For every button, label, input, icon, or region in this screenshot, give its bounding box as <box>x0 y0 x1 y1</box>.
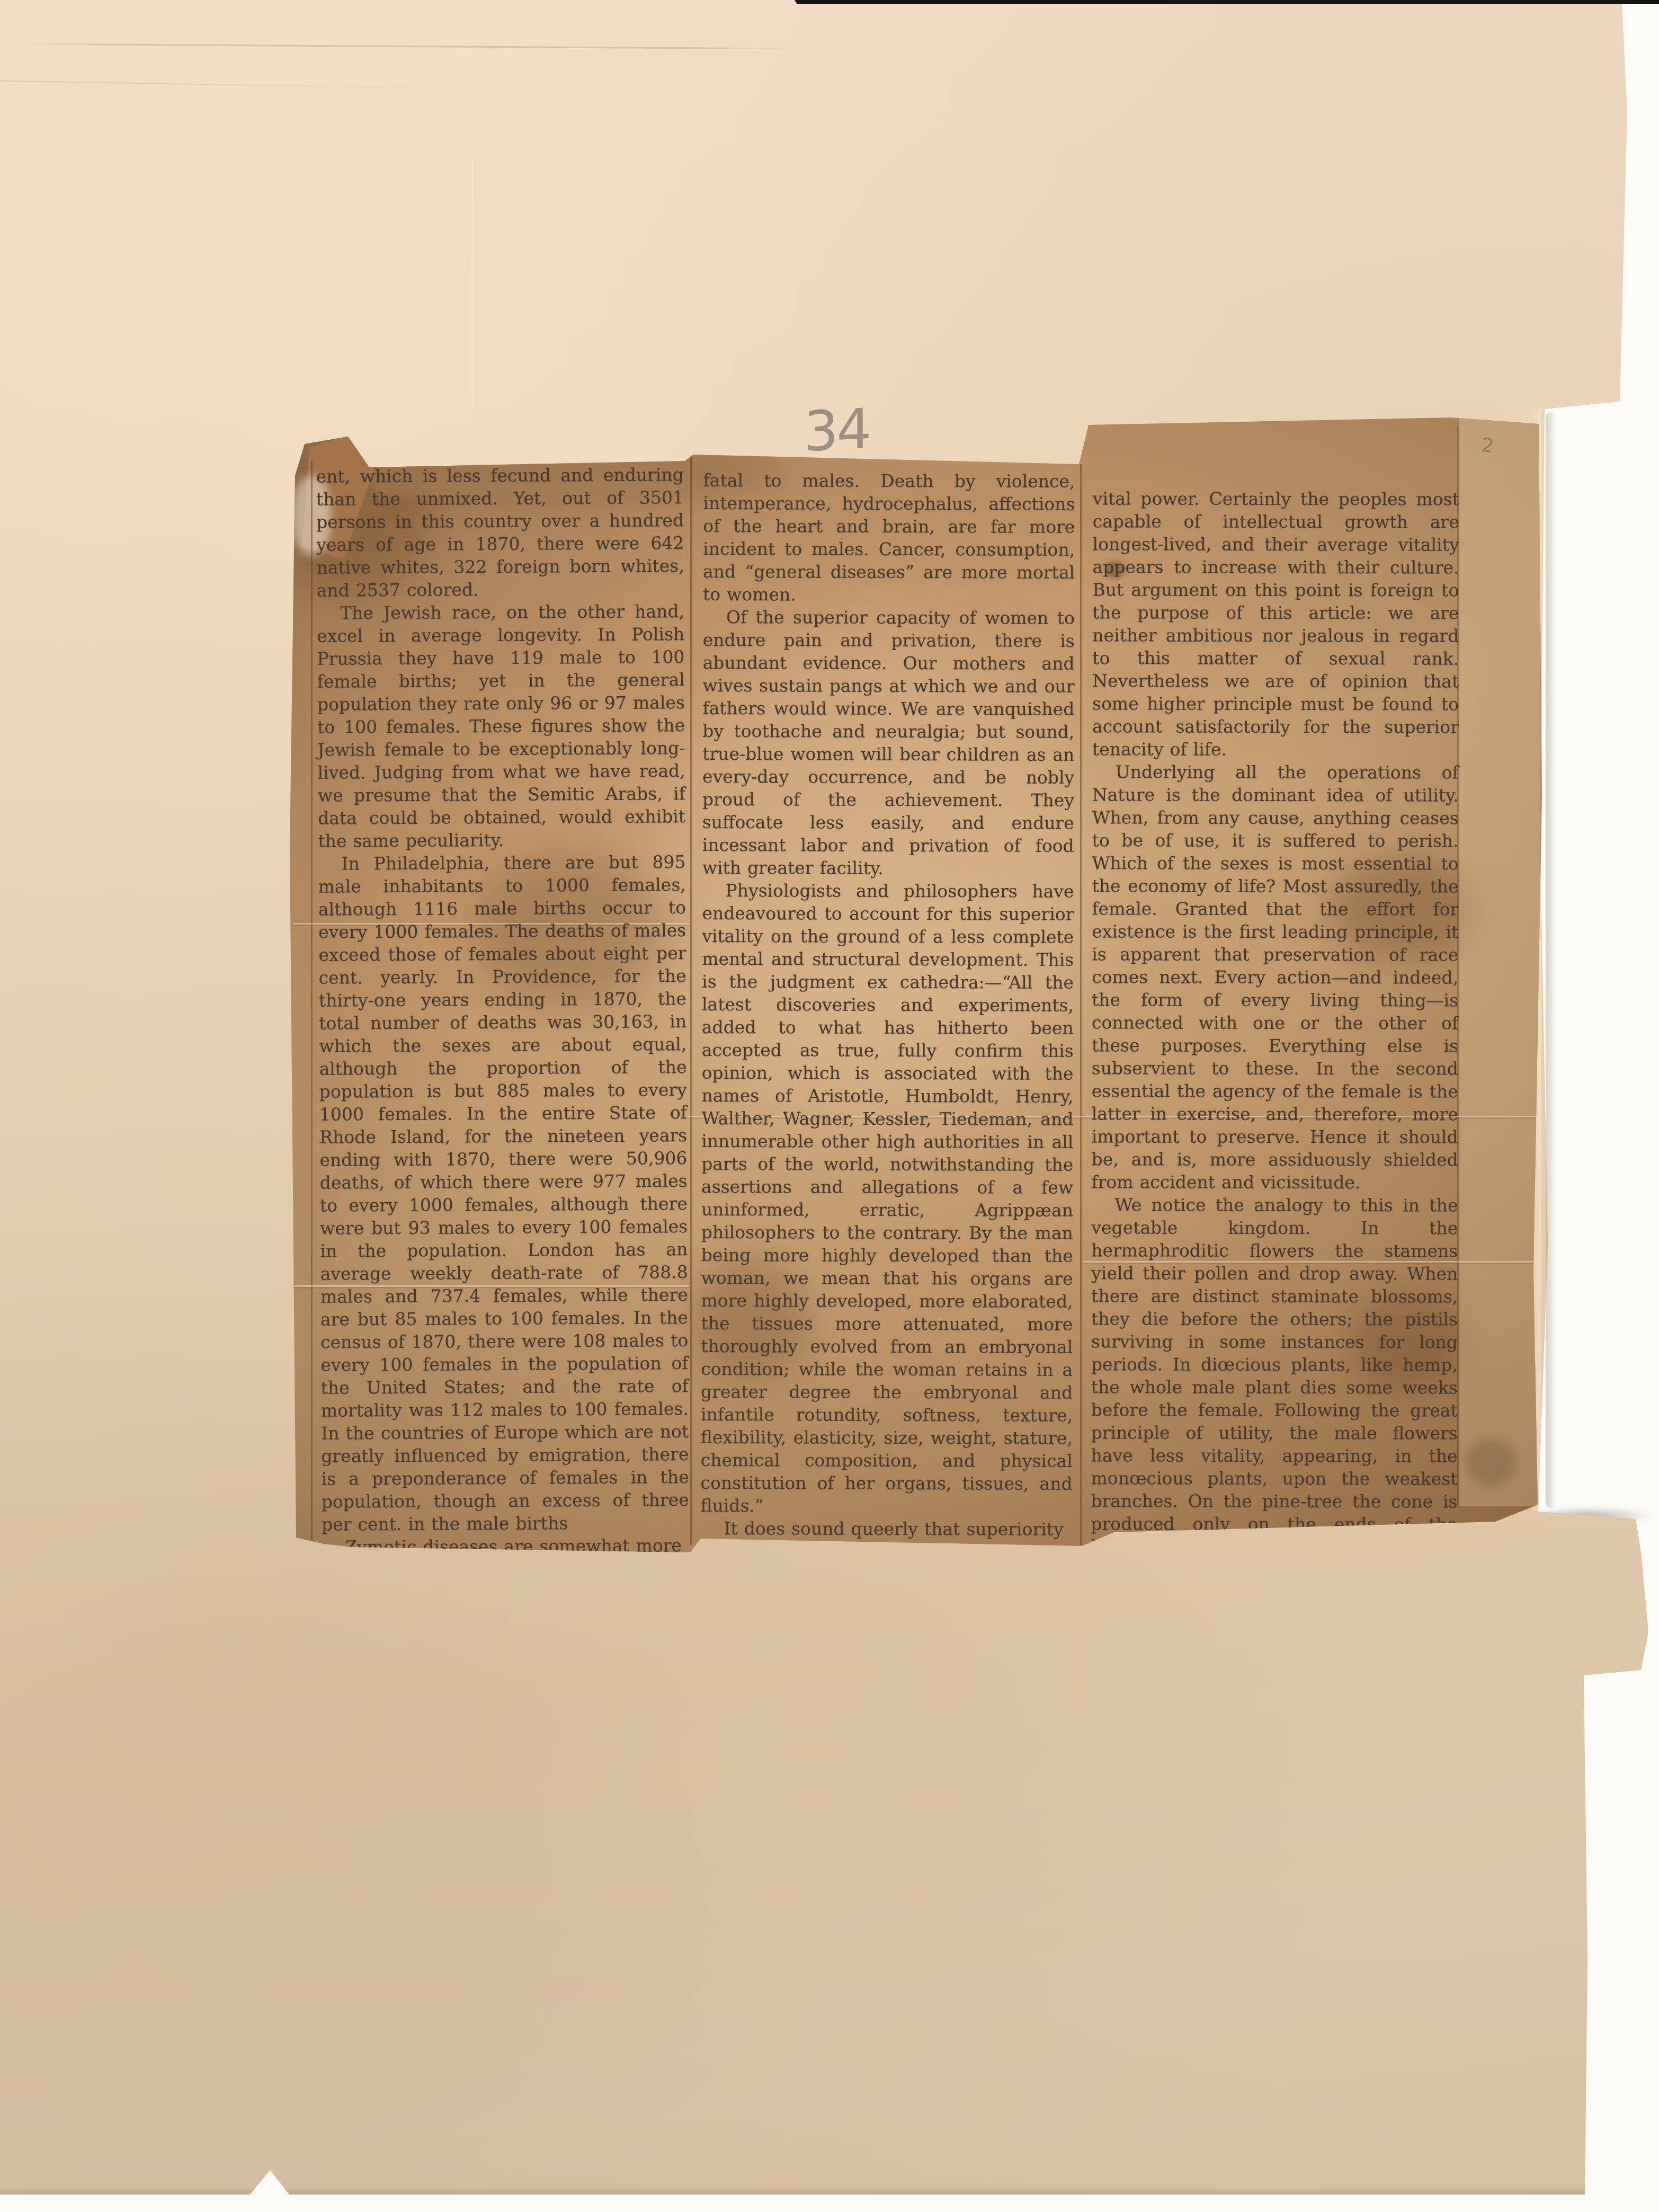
clipping-column-left: ent, which is less fecund and enduring t… <box>316 463 690 1559</box>
column-rule <box>1080 464 1082 1545</box>
clipping-paragraph: The Jewish race, on the other hand, exce… <box>317 600 685 852</box>
page-crease <box>471 159 473 408</box>
column-rule <box>690 456 692 1545</box>
clipping-paragraph: ent, which is less fecund and enduring t… <box>316 463 684 602</box>
clipping-blank-margin <box>1459 417 1540 1506</box>
clipping-paragraph: It does sound queerly that superiority <box>700 1517 1072 1541</box>
scan-canvas: 34 ent, which is less fecund and endurin… <box>0 0 1659 2212</box>
column-rule <box>311 461 313 1544</box>
page-number-pencil: 34 <box>804 401 869 460</box>
clipping-paragraph: Underlying all the operations of Nature … <box>1091 760 1458 1194</box>
scanner-top-edge <box>789 0 1659 4</box>
newspaper-clipping: ent, which is less fecund and enduring t… <box>289 413 1543 1552</box>
clipping-paragraph: We notice the analogy to this in the veg… <box>1091 1193 1458 1581</box>
clipping-paragraph: In Philadelphia, there are but 895 male … <box>318 850 689 1536</box>
page-bottom-edge <box>0 2187 1586 2195</box>
clipping-paragraph: vital power. Certainly the peoples most … <box>1092 487 1459 761</box>
clipping-column-right: vital power. Certainly the peoples most … <box>1091 487 1459 1581</box>
page-edge-shadow <box>1546 412 1556 1508</box>
clipping-column-middle: fatal to males. Death by violence, intem… <box>700 469 1075 1541</box>
clipping-paragraph: fatal to males. Death by violence, intem… <box>703 469 1075 607</box>
clipping-paragraph: Of the superior capacity of women to end… <box>702 606 1075 880</box>
clipping-paragraph: Physiologists and philosophers have ende… <box>700 879 1074 1518</box>
